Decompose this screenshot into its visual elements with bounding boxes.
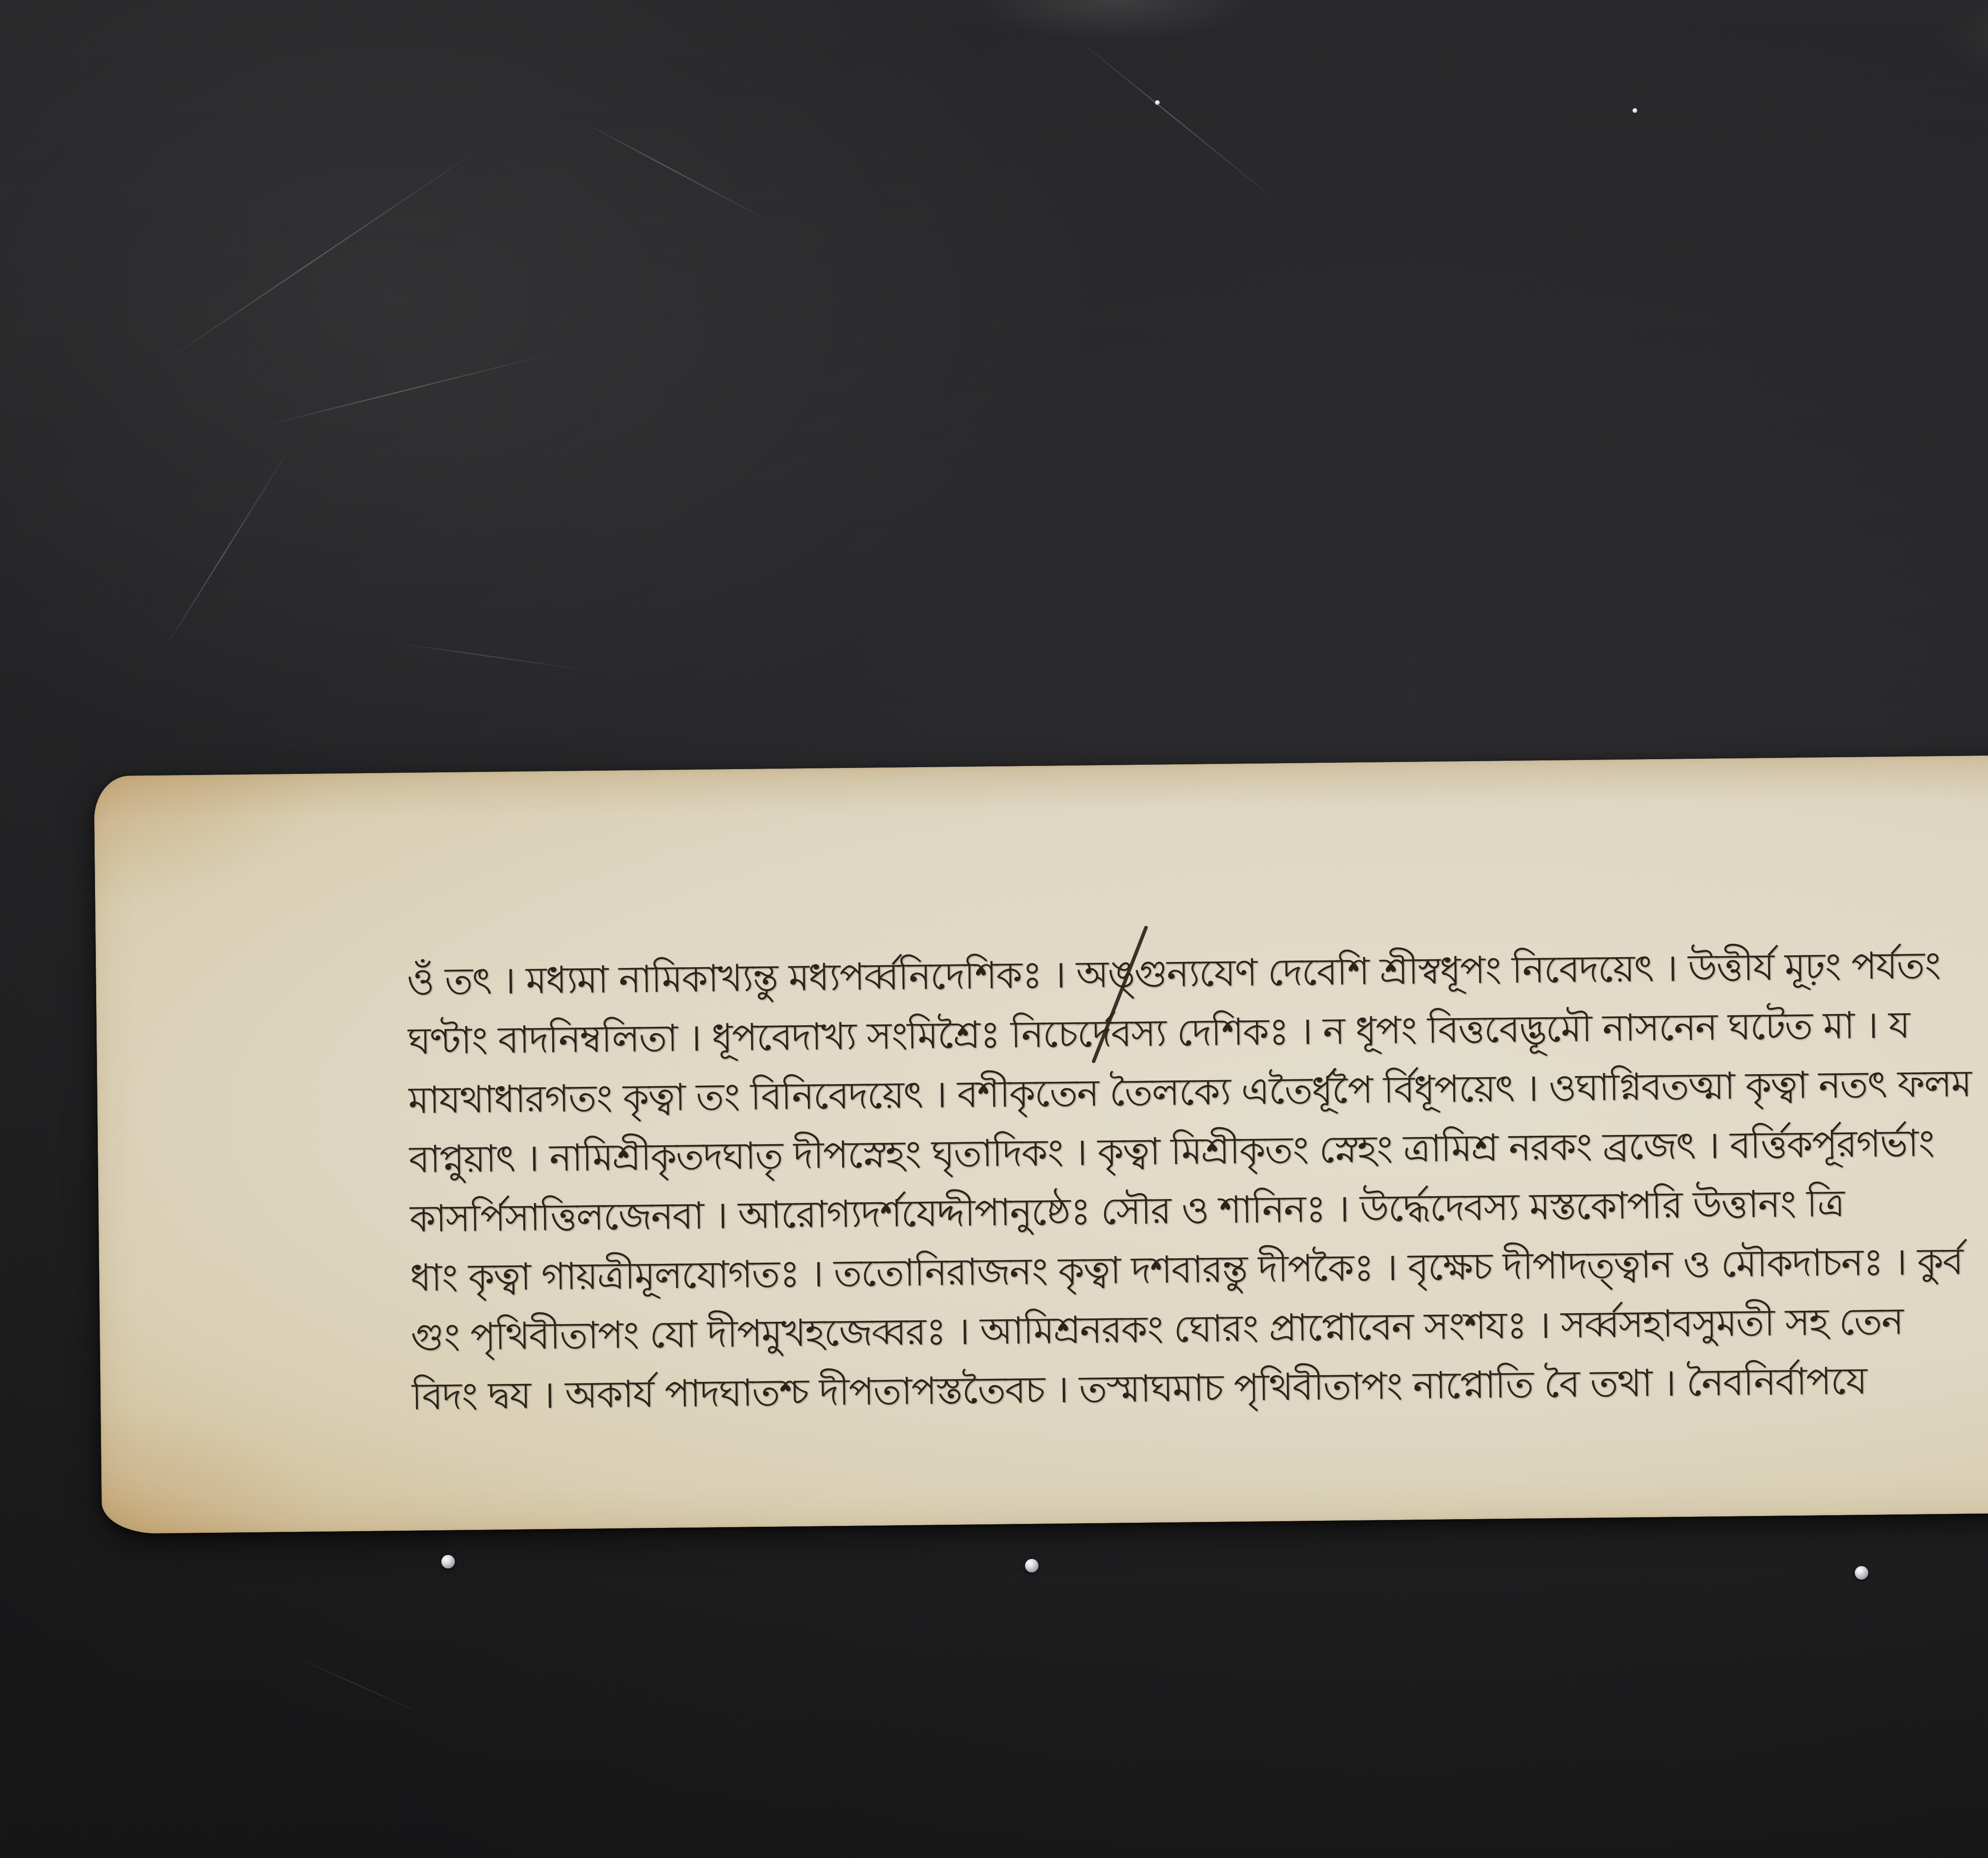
manuscript-page: ওঁ তৎ । মধ্যমা নামিকাখ্যন্তু মধ্যপর্ব্বন…	[94, 748, 1988, 1534]
pin	[1025, 1559, 1039, 1572]
speck	[1155, 100, 1160, 105]
photo-background: ওঁ তৎ । মধ্যমা নামিকাখ্যন্তু মধ্যপর্ব্বন…	[0, 0, 1988, 1858]
scratch	[259, 353, 552, 428]
pin	[441, 1555, 455, 1568]
scratch	[577, 119, 775, 225]
speck	[1633, 108, 1637, 113]
scratch	[161, 445, 292, 654]
pin	[1855, 1566, 1868, 1580]
scratch	[1075, 37, 1279, 203]
scratch	[390, 642, 595, 672]
manuscript-text: ওঁ তৎ । মধ্যমা নামিকাখ্যন্তু মধ্যপর্ব্বন…	[407, 930, 1988, 1427]
scratch	[285, 1652, 439, 1722]
scratch	[160, 146, 484, 364]
